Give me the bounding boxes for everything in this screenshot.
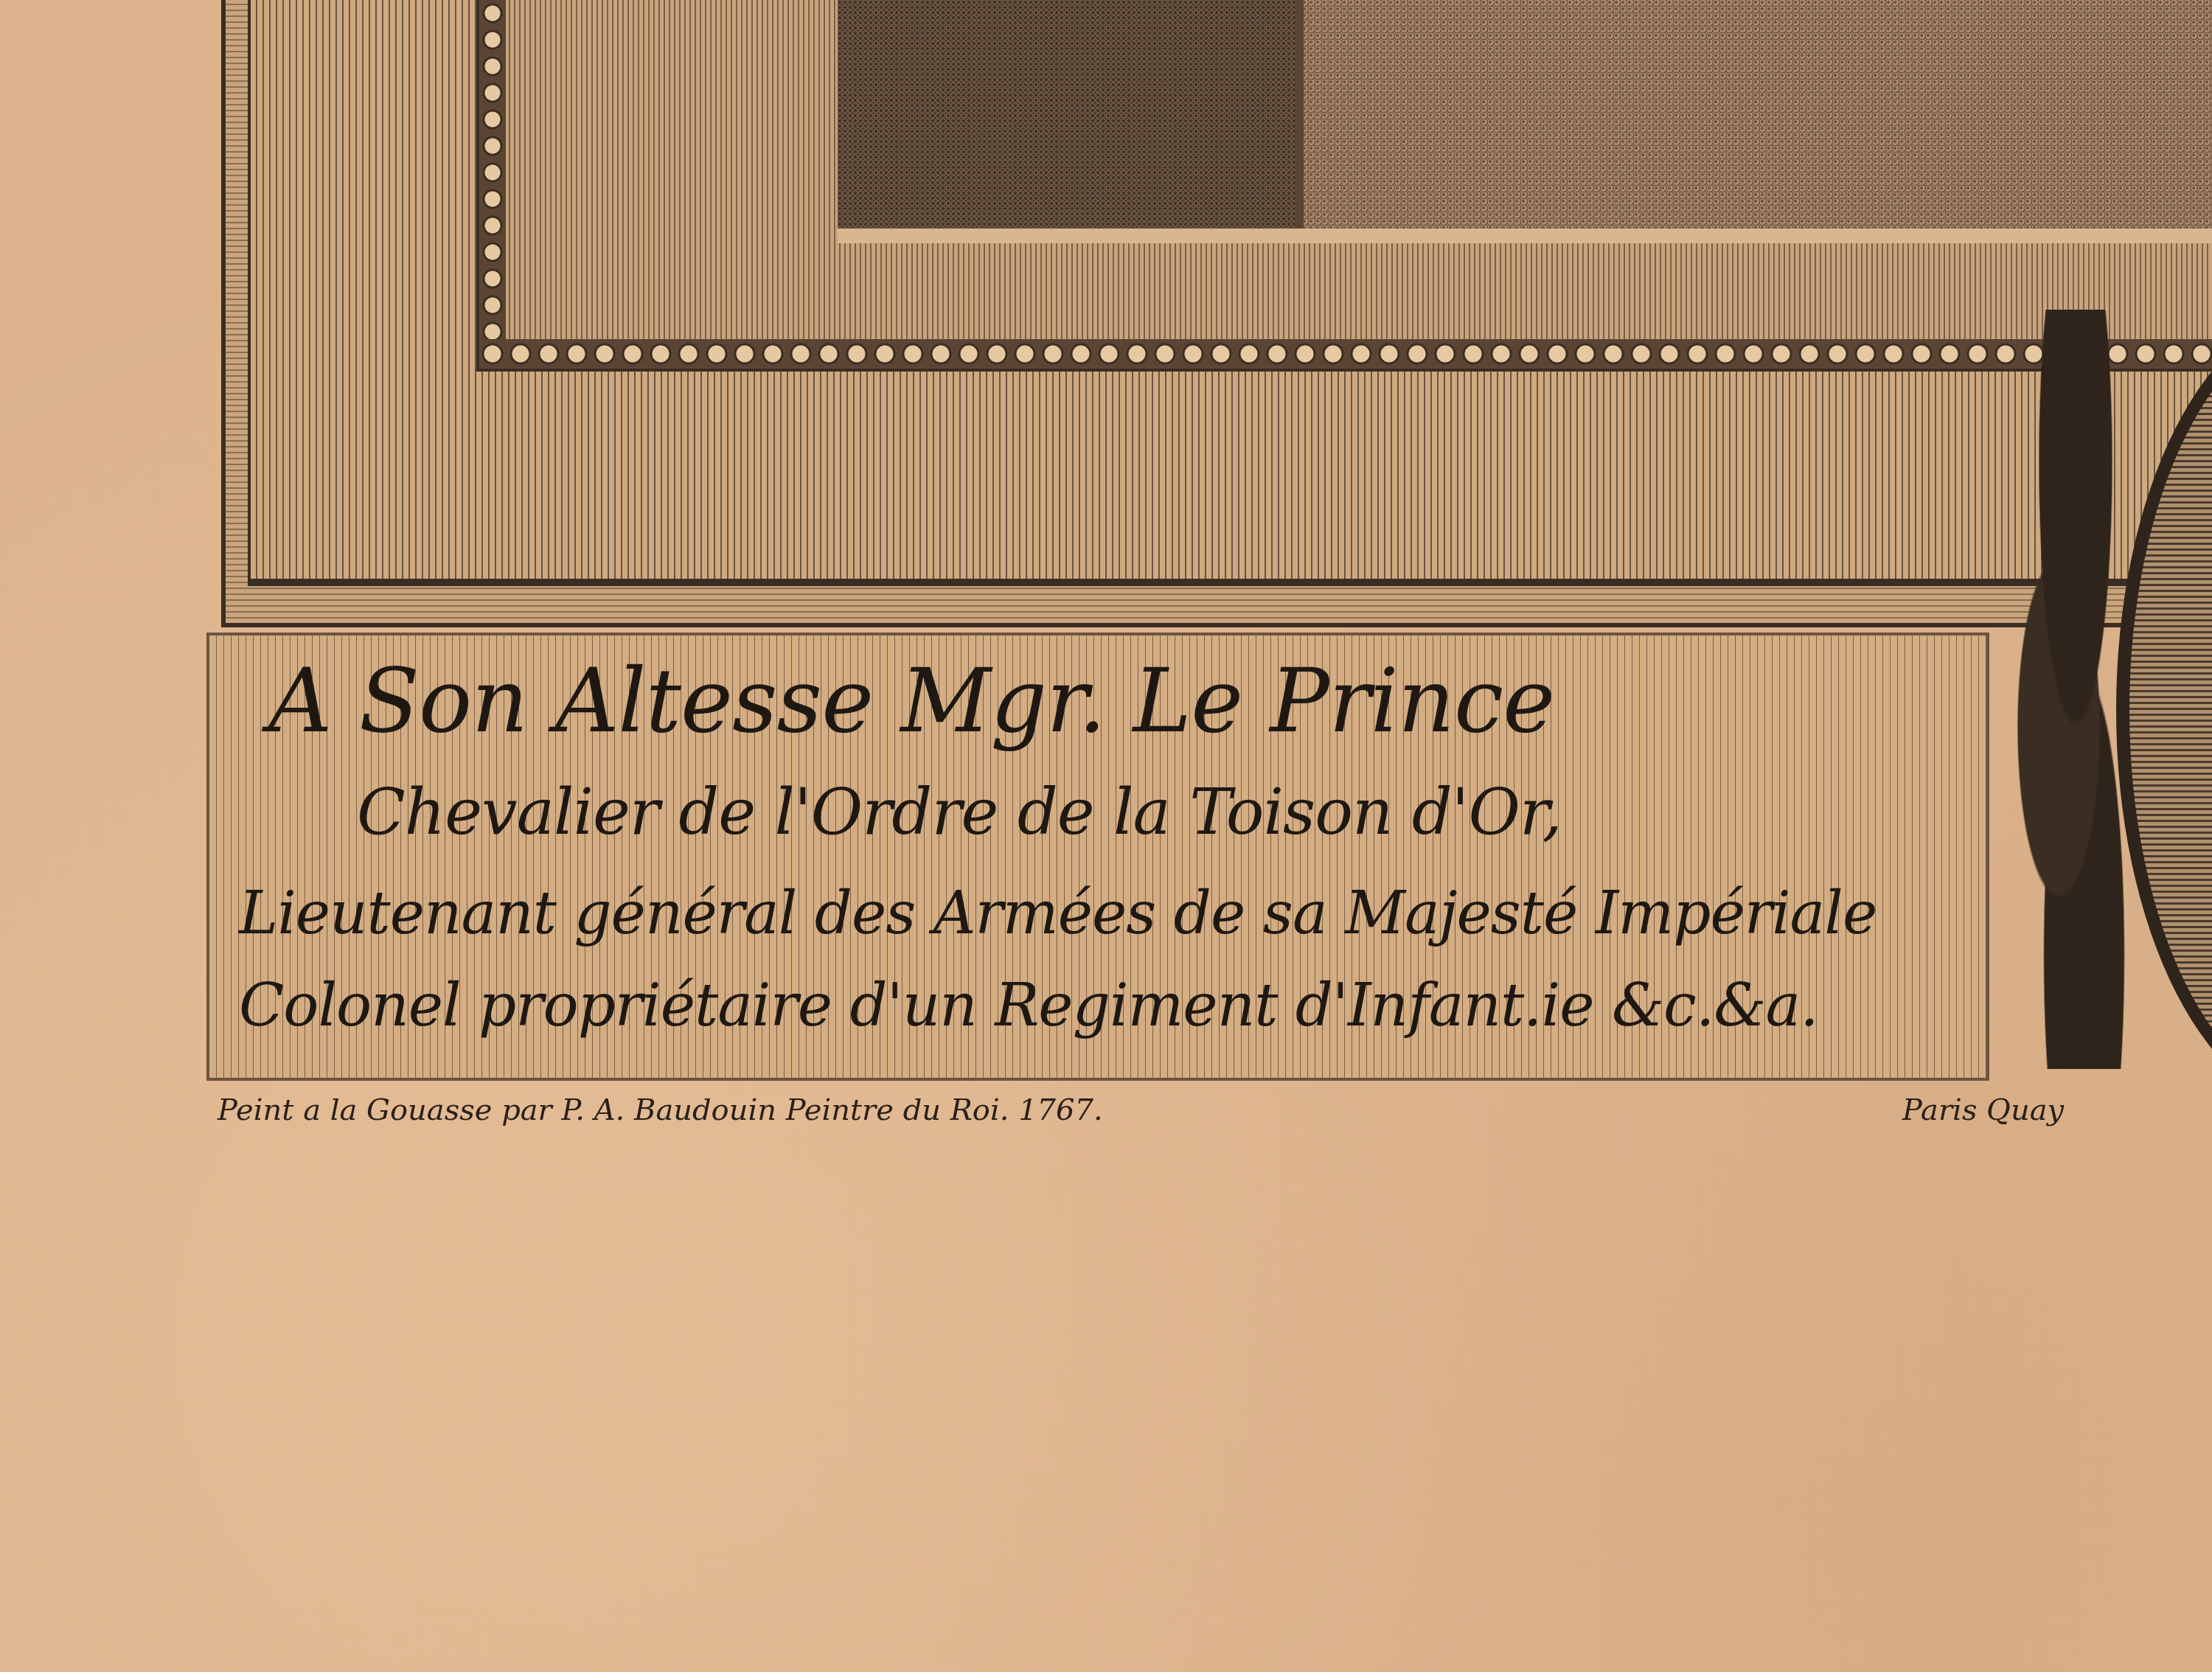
dedication-line-3: Lieutenant général des Armées de sa Maje…: [239, 879, 1877, 947]
dedication-cartouche: A Son Altesse Mgr. Le Prince Chevalier d…: [206, 633, 1989, 1081]
publisher-credit: Paris Quay: [1902, 1093, 2064, 1127]
bead-moulding-horizontal: [479, 339, 2212, 369]
dedication-line-4: Colonel propriétaire d'un Regiment d'Inf…: [239, 971, 1818, 1039]
dedication-line-2: Chevalier de l'Ordre de la Toison d'Or,: [357, 776, 1562, 849]
engraved-plate: [221, 0, 2212, 627]
bead-moulding-vertical: [479, 0, 506, 369]
artist-credit: Peint a la Gouasse par P. A. Baudouin Pe…: [218, 1093, 1103, 1127]
dedication-line-1: A Son Altesse Mgr. Le Prince: [268, 650, 1554, 753]
picture-dark-panel: [838, 0, 1304, 229]
